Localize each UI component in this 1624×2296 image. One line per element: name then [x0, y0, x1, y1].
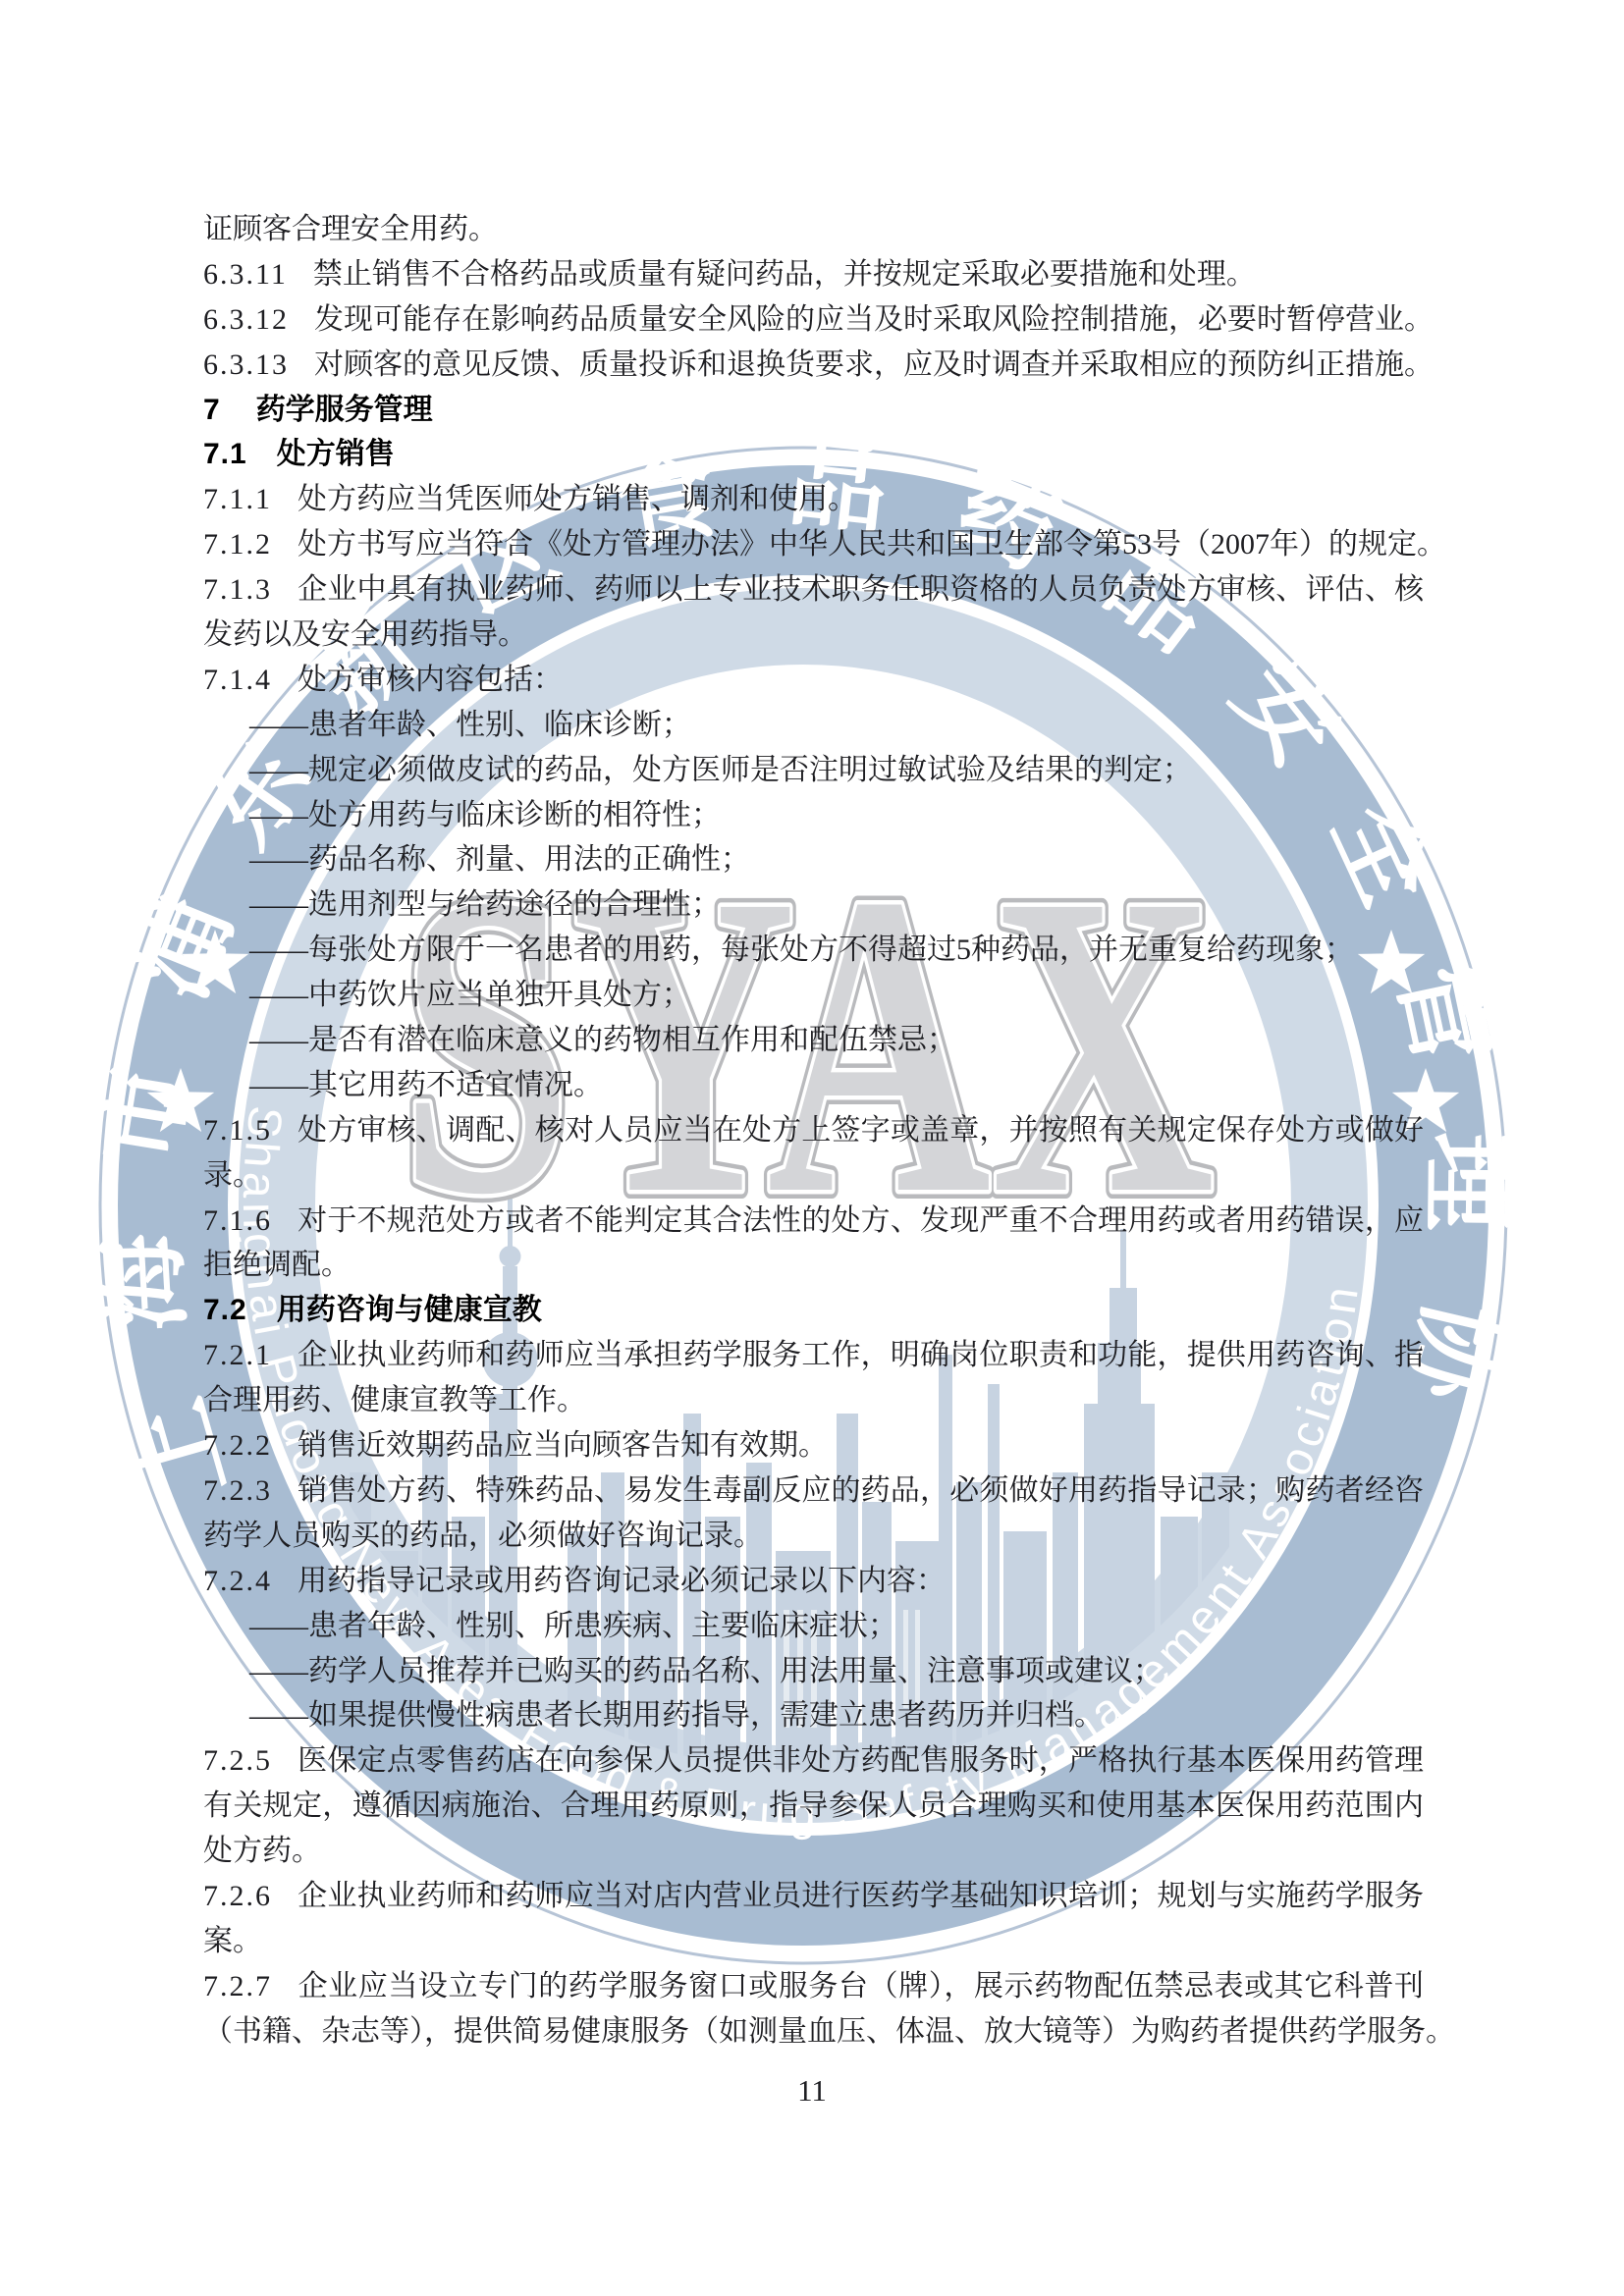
doc-line: 7.2.4用药指导记录或用药咨询记录必须记录以下内容： — [203, 1559, 1424, 1604]
clause-text: 医保定点零售药店在向参保人员提供非处方药配售服务时，严格执行基本医保用药管理的 — [203, 1744, 1424, 1784]
clause-number: 7 — [203, 394, 221, 426]
clause-text: ——是否有潜在临床意义的药物相互作用和配伍禁忌； — [249, 1024, 956, 1056]
doc-line: 6.3.11禁止销售不合格药品或质量有疑问药品，并按规定采取必要措施和处理。 — [203, 252, 1424, 297]
doc-line: ——规定必须做皮试的药品，处方医师是否注明过敏试验及结果的判定； — [203, 748, 1424, 793]
doc-line: ——药学人员推荐并已购买的药品名称、用法用量、注意事项或建议； — [203, 1649, 1424, 1694]
clause-number: 6.3.13 — [203, 348, 289, 381]
doc-line: ——如果提供慢性病患者长期用药指导，需建立患者药历并归档。 — [203, 1693, 1424, 1738]
clause-number: 7.1 — [203, 438, 247, 470]
doc-line: 7.1处方销售 — [203, 432, 1424, 477]
clause-number: 7.1.2 — [203, 528, 272, 561]
clause-text: 发药以及安全用药指导。 — [203, 618, 527, 651]
clause-number: 7.2.3 — [203, 1474, 272, 1507]
doc-line: （书籍、杂志等），提供简易健康服务（如测量血压、体温、放大镜等）为购药者提供药学… — [203, 2009, 1424, 2055]
clause-number: 7.1.1 — [203, 483, 272, 515]
clause-text: 处方审核内容包括： — [298, 664, 563, 696]
doc-line: ——患者年龄、性别、所患疾病、主要临床症状； — [203, 1604, 1424, 1649]
clause-text: 企业执业药师和药师应当对店内营业员进行医药学基础知识培训；规划与实施药学服务方 — [203, 1880, 1424, 1919]
clause-number: 6.3.11 — [203, 258, 288, 291]
doc-line: ——处方用药与临床诊断的相符性； — [203, 793, 1424, 838]
doc-line: 合理用药、健康宣教等工作。 — [203, 1378, 1424, 1423]
clause-text: ——患者年龄、性别、临床诊断； — [249, 709, 691, 741]
doc-line: 7.1.5处方审核、调配、核对人员应当在处方上签字或盖章，并按照有关规定保存处方… — [203, 1108, 1424, 1153]
doc-line: ——其它用药不适宜情况。 — [203, 1063, 1424, 1108]
doc-line: ——每张处方限于一名患者的用药，每张处方不得超过5种药品，并无重复给药现象； — [203, 928, 1424, 973]
clause-text: 有关规定，遵循因病施治、合理用药原则，指导参保人员合理购买和使用基本医保用药范围… — [203, 1789, 1424, 1829]
clause-text: 企业执业药师和药师应当承担药学服务工作，明确岗位职责和功能，提供用药咨询、指导 — [203, 1339, 1424, 1378]
clause-text: 用药咨询与健康宣教 — [277, 1294, 542, 1326]
clause-text: 处方药应当凭医师处方销售、调剂和使用。 — [298, 483, 857, 515]
clause-text: ——其它用药不适宜情况。 — [249, 1069, 603, 1101]
doc-line: 7药学服务管理 — [203, 388, 1424, 433]
doc-line: 6.3.12发现可能存在影响药品质量安全风险的应当及时采取风险控制措施，必要时暂… — [203, 297, 1424, 343]
doc-line: 7.2.7企业应当设立专门的药学服务窗口或服务台（牌），展示药物配伍禁忌表或其它… — [203, 1964, 1424, 2009]
clause-number: 7.2.4 — [203, 1565, 272, 1597]
document-body: 证顾客合理安全用药。6.3.11禁止销售不合格药品或质量有疑问药品，并按规定采取… — [203, 207, 1424, 2055]
clause-number: 7.2 — [203, 1294, 247, 1326]
clause-text: 录。 — [203, 1159, 262, 1192]
clause-text: 拒绝调配。 — [203, 1249, 351, 1281]
clause-number: 7.2.2 — [203, 1429, 272, 1462]
clause-number: 7.1.5 — [203, 1114, 272, 1147]
doc-line: ——是否有潜在临床意义的药物相互作用和配伍禁忌； — [203, 1018, 1424, 1063]
clause-text: 禁止销售不合格药品或质量有疑问药品，并按规定采取必要措施和处理。 — [313, 258, 1256, 291]
clause-text: 合理用药、健康宣教等工作。 — [203, 1384, 586, 1416]
doc-line: 7.2用药咨询与健康宣教 — [203, 1288, 1424, 1333]
clause-number: 7.1.3 — [203, 573, 272, 606]
doc-line: 处方药。 — [203, 1829, 1424, 1874]
clause-text: 对于不规范处方或者不能判定其合法性的处方、发现严重不合理用药或者用药错误，应当 — [203, 1204, 1424, 1244]
doc-line: ——选用剂型与给药途径的合理性； — [203, 882, 1424, 928]
clause-text: ——选用剂型与给药途径的合理性； — [249, 888, 721, 921]
clause-text: 企业应当设立专门的药学服务窗口或服务台（牌），展示药物配伍禁忌表或其它科普刊物 — [203, 1970, 1424, 2009]
clause-number: 7.2.6 — [203, 1880, 272, 1912]
doc-line: 7.2.6企业执业药师和药师应当对店内营业员进行医药学基础知识培训；规划与实施药… — [203, 1874, 1424, 1919]
clause-text: 销售处方药、特殊药品、易发生毒副反应的药品，必须做好用药指导记录；购药者经咨询 — [203, 1474, 1424, 1514]
clause-text: 企业中具有执业药师、药师以上专业技术职务任职资格的人员负责处方审核、评估、核对、 — [203, 573, 1424, 613]
clause-text: 对顾客的意见反馈、质量投诉和退换货要求，应及时调查并采取相应的预防纠正措施。 — [314, 348, 1434, 381]
clause-text: 处方审核、调配、核对人员应当在处方上签字或盖章，并按照有关规定保存处方或做好记 — [203, 1114, 1424, 1153]
doc-line: 药学人员购买的药品，必须做好咨询记录。 — [203, 1514, 1424, 1559]
doc-line: 案。 — [203, 1919, 1424, 1964]
clause-text: ——规定必须做皮试的药品，处方医师是否注明过敏试验及结果的判定； — [249, 754, 1192, 786]
clause-text: ——处方用药与临床诊断的相符性； — [249, 799, 721, 831]
doc-line: 7.1.6对于不规范处方或者不能判定其合法性的处方、发现严重不合理用药或者用药错… — [203, 1199, 1424, 1244]
document-page: SYAX SYAX 上海市浦东新区食品药品安全管理协会 Shanghai Pud… — [0, 0, 1624, 2296]
clause-text: 药学服务管理 — [256, 394, 433, 426]
doc-line: 证顾客合理安全用药。 — [203, 207, 1424, 252]
clause-text: 处方药。 — [203, 1835, 321, 1867]
doc-line: 录。 — [203, 1153, 1424, 1199]
clause-text: ——如果提供慢性病患者长期用药指导，需建立患者药历并归档。 — [249, 1699, 1104, 1732]
clause-number: 7.1.6 — [203, 1204, 272, 1237]
clause-text: 药学人员购买的药品，必须做好咨询记录。 — [203, 1520, 763, 1552]
clause-number: 7.2.5 — [203, 1744, 272, 1777]
doc-line: ——中药饮片应当单独开具处方； — [203, 973, 1424, 1018]
doc-line: 7.2.1企业执业药师和药师应当承担药学服务工作，明确岗位职责和功能，提供用药咨… — [203, 1333, 1424, 1378]
clause-text: 处方销售 — [277, 438, 395, 470]
doc-line: 7.1.3企业中具有执业药师、药师以上专业技术职务任职资格的人员负责处方审核、评… — [203, 567, 1424, 613]
clause-text: ——每张处方限于一名患者的用药，每张处方不得超过5种药品，并无重复给药现象； — [249, 934, 1354, 966]
doc-line: 7.1.1处方药应当凭医师处方销售、调剂和使用。 — [203, 477, 1424, 522]
clause-text: 处方书写应当符合《处方管理办法》中华人民共和国卫生部令第53号（2007年）的规… — [298, 528, 1446, 561]
doc-line: 发药以及安全用药指导。 — [203, 613, 1424, 658]
clause-number: 7.2.1 — [203, 1339, 272, 1371]
doc-line: ——患者年龄、性别、临床诊断； — [203, 703, 1424, 748]
clause-text: ——中药饮片应当单独开具处方； — [249, 979, 691, 1011]
clause-text: 用药指导记录或用药咨询记录必须记录以下内容： — [298, 1565, 946, 1597]
doc-line: 7.1.2处方书写应当符合《处方管理办法》中华人民共和国卫生部令第53号（200… — [203, 522, 1424, 567]
doc-line: ——药品名称、剂量、用法的正确性； — [203, 837, 1424, 882]
clause-text: 证顾客合理安全用药。 — [203, 213, 498, 245]
clause-text: ——患者年龄、性别、所患疾病、主要临床症状； — [249, 1610, 897, 1642]
doc-line: 7.2.2销售近效期药品应当向顾客告知有效期。 — [203, 1423, 1424, 1468]
doc-line: 7.2.3销售处方药、特殊药品、易发生毒副反应的药品，必须做好用药指导记录；购药… — [203, 1468, 1424, 1514]
clause-number: 7.2.7 — [203, 1970, 272, 2002]
clause-text: 销售近效期药品应当向顾客告知有效期。 — [298, 1429, 828, 1462]
clause-number: 6.3.12 — [203, 303, 289, 336]
doc-line: 有关规定，遵循因病施治、合理用药原则，指导参保人员合理购买和使用基本医保用药范围… — [203, 1784, 1424, 1829]
clause-text: 案。 — [203, 1925, 262, 1957]
doc-line: 拒绝调配。 — [203, 1243, 1424, 1288]
doc-line: 7.1.4处方审核内容包括： — [203, 658, 1424, 703]
clause-text: 发现可能存在影响药品质量安全风险的应当及时采取风险控制措施，必要时暂停营业。 — [314, 303, 1434, 336]
page-number: 11 — [0, 2073, 1624, 2109]
doc-line: 7.2.5医保定点零售药店在向参保人员提供非处方药配售服务时，严格执行基本医保用… — [203, 1738, 1424, 1784]
clause-text: ——药学人员推荐并已购买的药品名称、用法用量、注意事项或建议； — [249, 1655, 1163, 1687]
doc-line: 6.3.13对顾客的意见反馈、质量投诉和退换货要求，应及时调查并采取相应的预防纠… — [203, 343, 1424, 388]
clause-number: 7.1.4 — [203, 664, 272, 696]
clause-text: （书籍、杂志等），提供简易健康服务（如测量血压、体温、放大镜等）为购药者提供药学… — [203, 2015, 1455, 2048]
clause-text: ——药品名称、剂量、用法的正确性； — [249, 843, 750, 876]
